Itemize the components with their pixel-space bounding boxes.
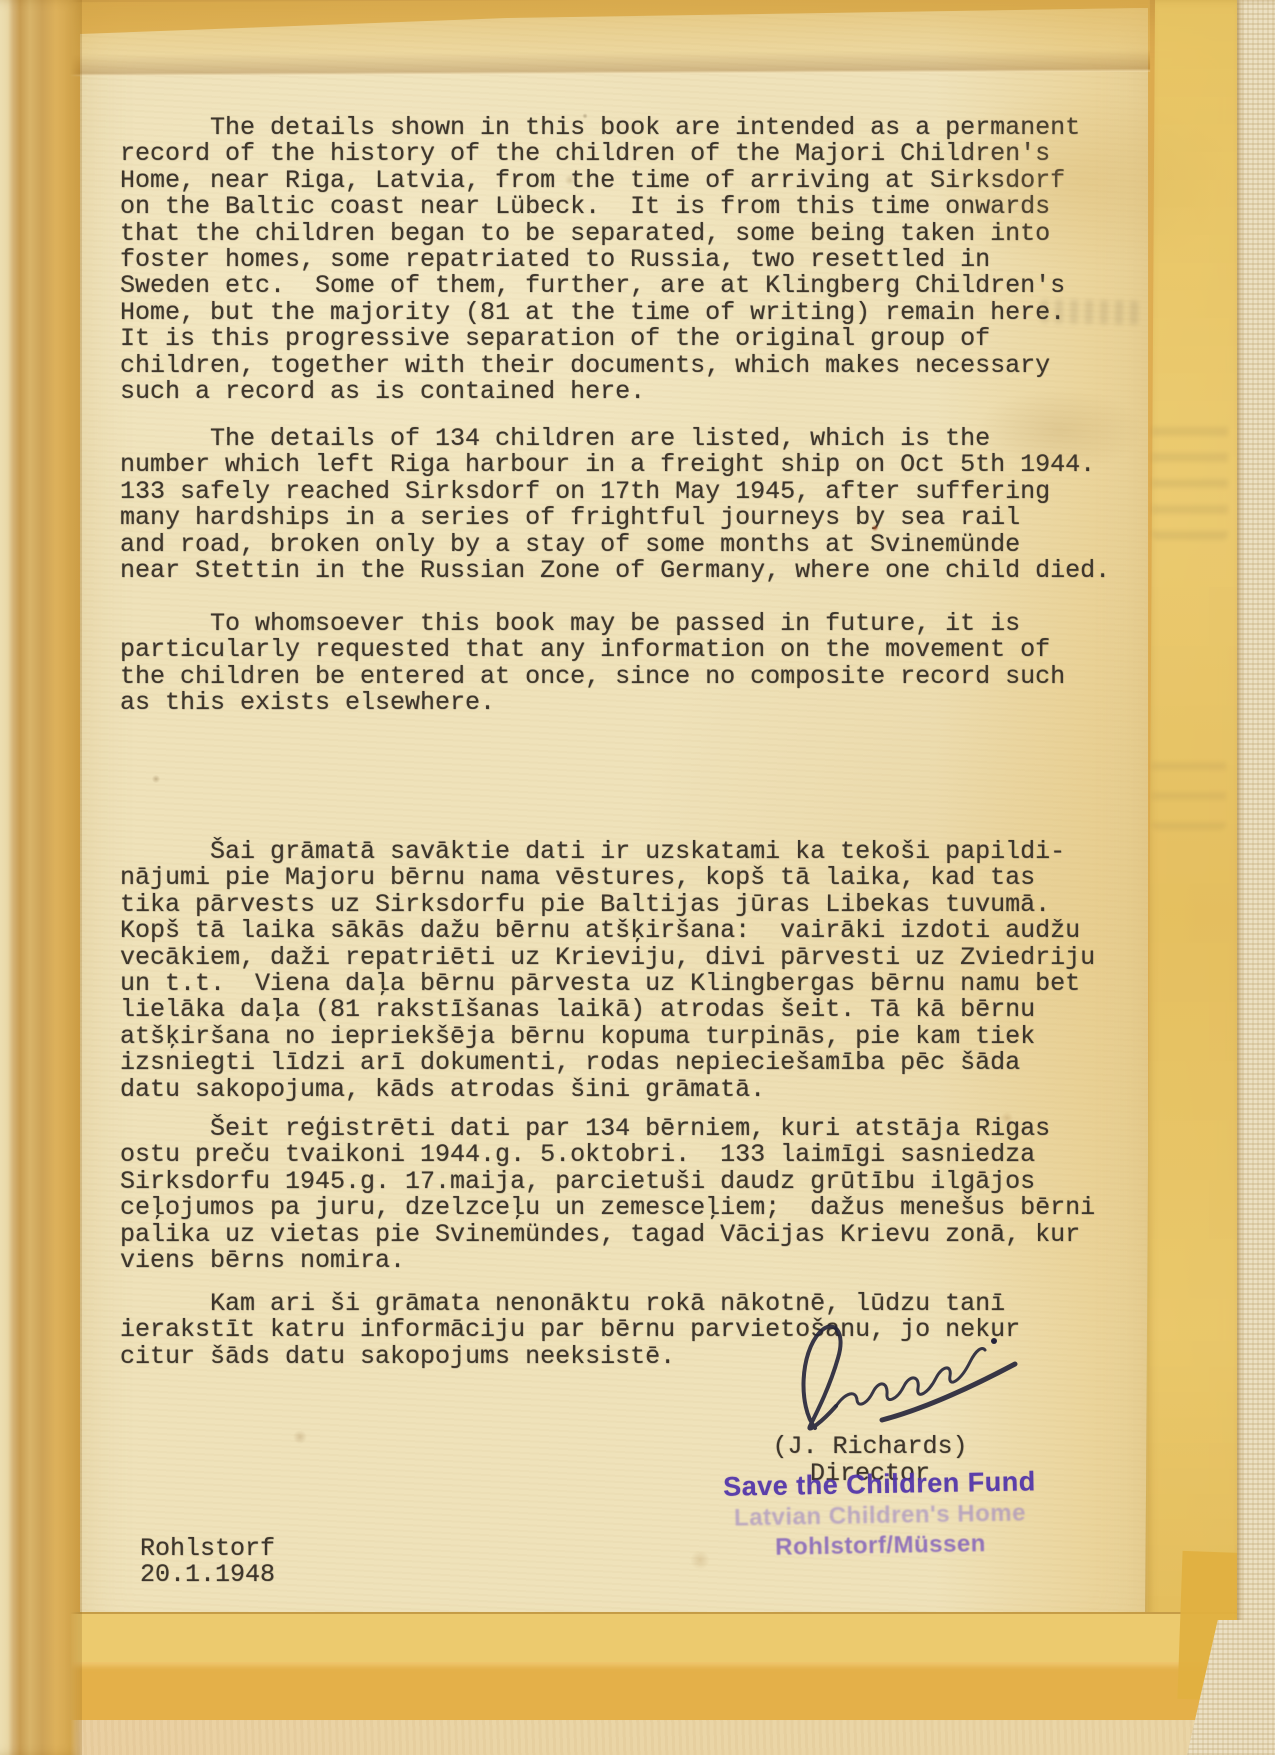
page-bottom-tape-band — [35, 1612, 1240, 1666]
ghost-print-smudge — [1152, 420, 1228, 540]
english-paragraph-2: The details of 134 children are listed, … — [120, 426, 1110, 584]
english-paragraph-3: To whomsoever this book may be passed in… — [120, 611, 1065, 717]
scanned-letter-page: The details shown in this book are inten… — [0, 0, 1275, 1755]
dateline-place: Rohlstorf — [140, 1536, 275, 1562]
latvian-paragraph-2: Šeit reģistrēti dati par 134 bērniem, ku… — [120, 1116, 1095, 1274]
book-binding-edge — [0, 0, 82, 1755]
english-paragraph-1: The details shown in this book are inten… — [120, 115, 1080, 405]
page-bottom-edge — [0, 1720, 1275, 1755]
stamp-line-3: Rohlstorf/Müssen — [706, 1528, 1054, 1564]
signature-ink — [770, 1308, 1040, 1443]
dateline-date: 20.1.1948 — [140, 1562, 275, 1588]
page-bottom-band — [28, 1662, 1242, 1722]
page-edge-cloth — [1237, 0, 1275, 1755]
tape-strip-right — [1145, 0, 1238, 1660]
ghost-print-smudge — [1152, 740, 1226, 830]
ink-stamp: Save the Children Fund Latvian Children'… — [705, 1465, 1055, 1564]
tape-strip-top — [45, 0, 1150, 76]
latvian-paragraph-1: Šai grāmatā savāktie dati ir uzskatami k… — [120, 839, 1095, 1103]
